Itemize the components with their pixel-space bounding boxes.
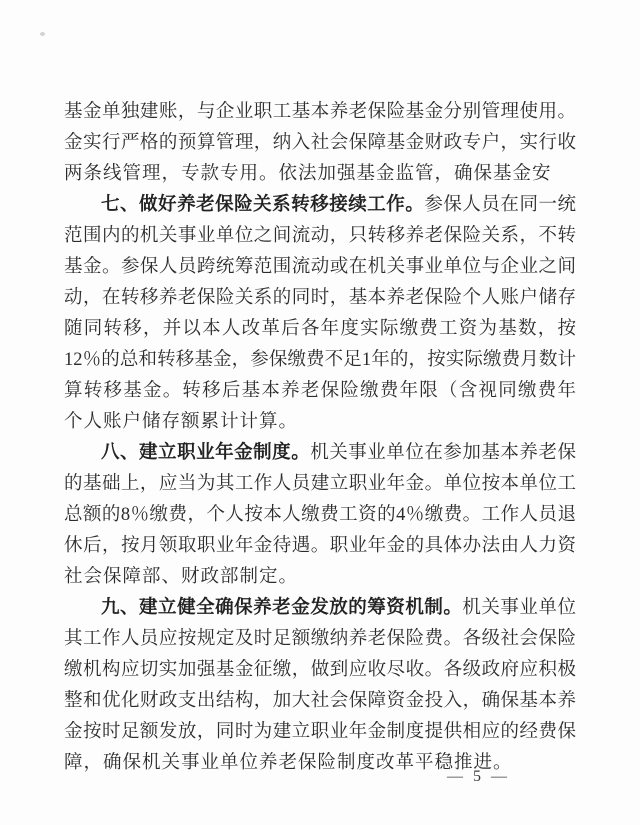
line-text: 整和优化财政支出结构，加大社会保障资金投入，确保基本养老 — [64, 691, 576, 717]
line-text: 个人账户储存额累计计算。 — [64, 412, 298, 432]
line-text: 两条线管理，专款专用。依法加强基金监管，确保基金安全。 — [64, 164, 552, 190]
line-text: 12％的总和转移基金，参保缴费不足1年的，按实际缴费月数计 — [64, 350, 576, 370]
line-text: 缴机构应切实加强基金征缴，做到应收尽收。各级政府应积极调 — [64, 660, 576, 686]
text-line: 社会保障部、财政部制定。 — [64, 562, 576, 593]
text-line: 的基础上，应当为其工作人员建立职业年金。单位按本单位工资 — [64, 469, 576, 500]
text-line: 其工作人员应按规定及时足额缴纳养老保险费。各级社会保险征 — [64, 624, 576, 655]
line-text: 的基础上，应当为其工作人员建立职业年金。单位按本单位工资 — [64, 474, 576, 500]
text-line: 基金。参保人员跨统筹范围流动或在机关事业单位与企业之间流 — [64, 252, 576, 283]
text-line: 缴机构应切实加强基金征缴，做到应收尽收。各级政府应积极调 — [64, 655, 576, 686]
text-line: 金实行严格的预算管理，纳入社会保障基金财政专户，实行收支 — [64, 128, 576, 159]
text-line: 随同转移，并以本人改革后各年度实际缴费工资为基数，按 — [64, 314, 576, 345]
line-text: 算转移基金。转移后基本养老保险缴费年限（含视同缴费年限）、 — [64, 381, 576, 407]
text-line: 休后，按月领取职业年金待遇。职业年金的具体办法由人力资源 — [64, 531, 576, 562]
line-text: 休后，按月领取职业年金待遇。职业年金的具体办法由人力资源 — [64, 536, 576, 562]
section-heading-7: 七、做好养老保险关系转移接续工作。 — [101, 195, 424, 215]
scanned-document-page: 基金单独建账，与企业职工基本养老保险基金分别管理使用。基 金实行严格的预算管理，… — [0, 0, 640, 825]
line-text: 社会保障部、财政部制定。 — [64, 567, 298, 587]
text-line: 算转移基金。转移后基本养老保险缴费年限（含视同缴费年限）、 — [64, 376, 576, 407]
line-text: 总额的8％缴费，个人按本人缴费工资的4％缴费。工作人员退 — [64, 505, 576, 525]
scan-speck — [40, 32, 45, 36]
text-line: 基金单独建账，与企业职工基本养老保险基金分别管理使用。基 — [64, 97, 576, 128]
section-heading-9: 九、建立健全确保养老金发放的筹资机制。 — [101, 598, 462, 618]
section-heading-8: 八、建立职业年金制度。 — [101, 443, 310, 463]
text-line: 整和优化财政支出结构，加大社会保障资金投入，确保基本养老 — [64, 686, 576, 717]
line-text: 金实行严格的预算管理，纳入社会保障基金财政专户，实行收支 — [64, 133, 576, 159]
document-body: 基金单独建账，与企业职工基本养老保险基金分别管理使用。基 金实行严格的预算管理，… — [64, 97, 576, 779]
line-text: 范围内的机关事业单位之间流动，只转移养老保险关系，不转移 — [64, 226, 576, 252]
text-line: 范围内的机关事业单位之间流动，只转移养老保险关系，不转移 — [64, 221, 576, 252]
line-text: 随同转移，并以本人改革后各年度实际缴费工资为基数，按 — [64, 319, 576, 339]
text-line: 个人账户储存额累计计算。 — [64, 407, 576, 438]
text-line: 金按时足额发放，同时为建立职业年金制度提供相应的经费保 — [64, 717, 576, 748]
text-line: 七、做好养老保险关系转移接续工作。参保人员在同一统筹 — [64, 190, 576, 221]
text-line: 12％的总和转移基金，参保缴费不足1年的，按实际缴费月数计 — [64, 345, 576, 376]
text-line: 总额的8％缴费，个人按本人缴费工资的4％缴费。工作人员退 — [64, 500, 576, 531]
line-text: 其工作人员应按规定及时足额缴纳养老保险费。各级社会保险征 — [64, 629, 576, 655]
page-number: — 5 — — [447, 768, 567, 786]
line-text: 障，确保机关事业单位养老保险制度改革平稳推进。 — [64, 753, 513, 773]
text-line: 动，在转移养老保险关系的同时，基本养老保险个人账户储存额 — [64, 283, 576, 314]
text-line: 九、建立健全确保养老金发放的筹资机制。机关事业单位及 — [64, 593, 576, 624]
line-text: 基金。参保人员跨统筹范围流动或在机关事业单位与企业之间流 — [64, 257, 576, 283]
text-line: 两条线管理，专款专用。依法加强基金监管，确保基金安全。 — [64, 159, 576, 190]
text-line: 八、建立职业年金制度。机关事业单位在参加基本养老保险 — [64, 438, 576, 469]
line-text: 基金单独建账，与企业职工基本养老保险基金分别管理使用。基 — [64, 102, 576, 128]
line-text: 动，在转移养老保险关系的同时，基本养老保险个人账户储存额 — [64, 288, 576, 314]
line-text: 金按时足额发放，同时为建立职业年金制度提供相应的经费保 — [64, 722, 576, 742]
